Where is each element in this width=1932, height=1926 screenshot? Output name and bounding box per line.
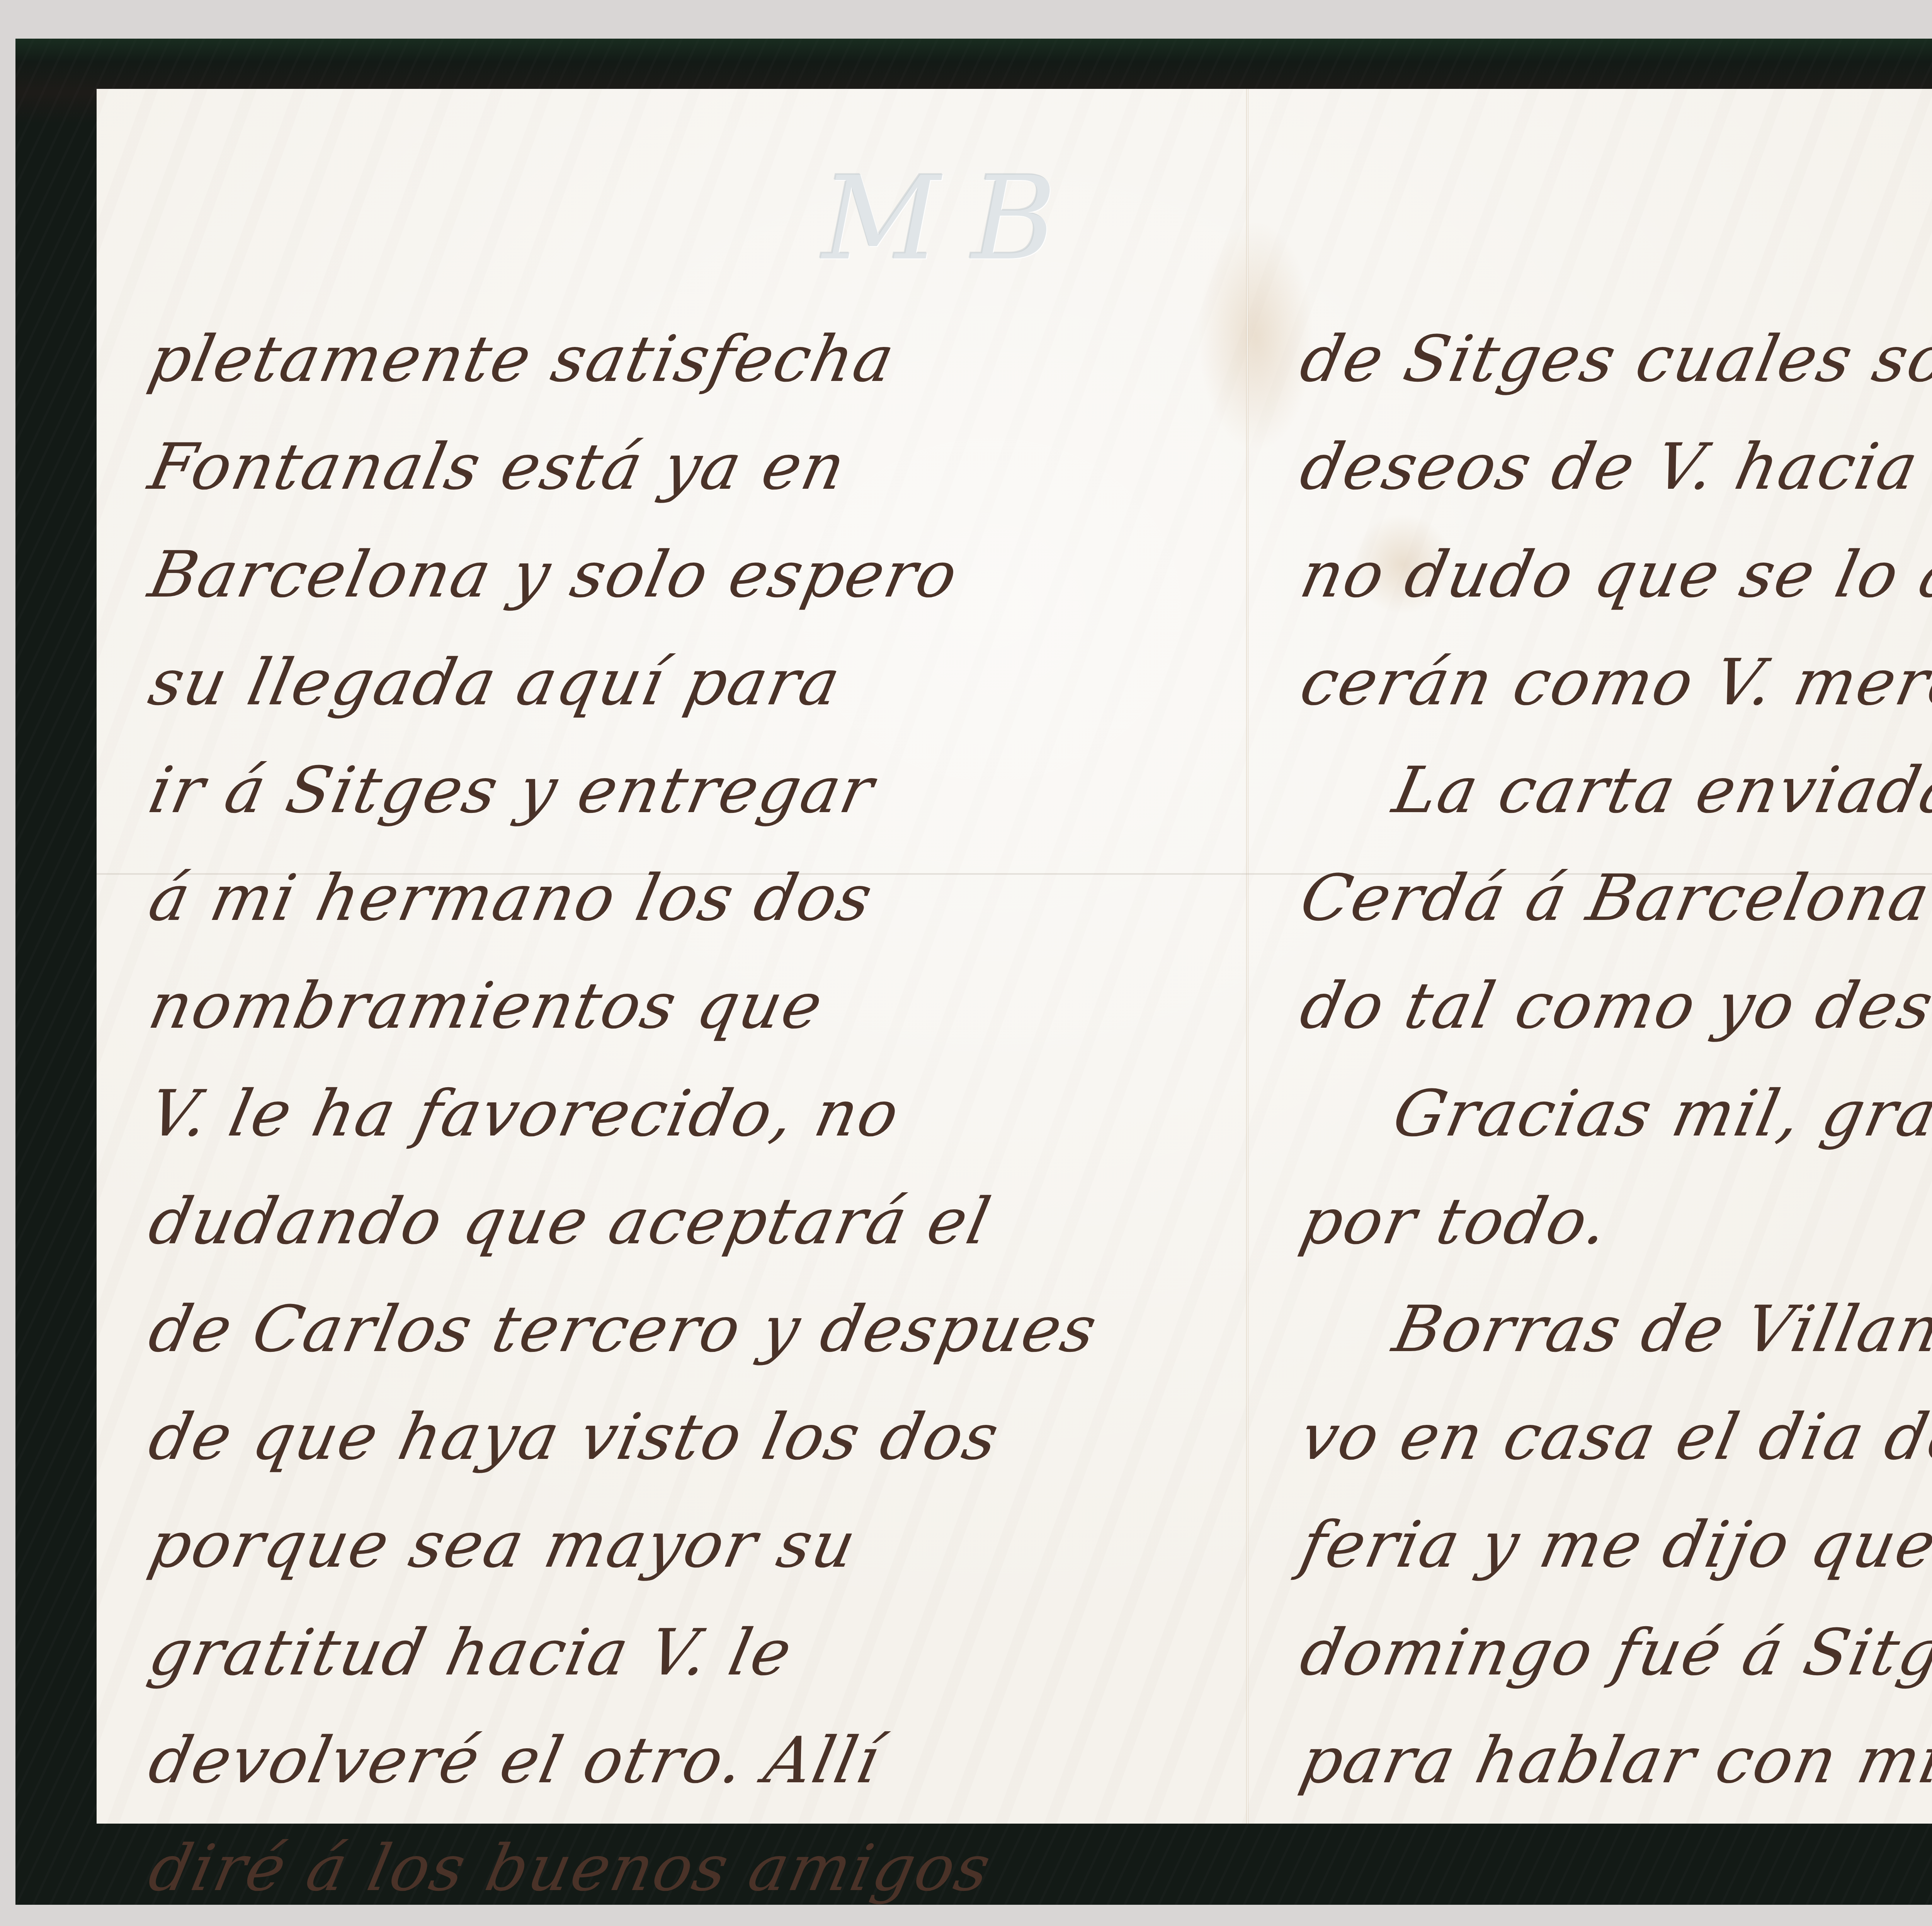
embossed-monogram: M B [831, 153, 1047, 284]
handwritten-line: de Carlos tercero y despues [139, 1275, 1205, 1383]
handwritten-line: Borras de Villanueva estu- [1291, 1275, 1932, 1383]
handwritten-line: domingo fué á Sitges [1291, 1599, 1932, 1707]
handwritten-line: pletamente satisfecha [139, 305, 1205, 413]
handwritten-line: cerán como V. merece. [1291, 629, 1932, 736]
handwritten-line: nombramientos que [139, 952, 1205, 1060]
handwritten-line: Gracias mil, gracias [1291, 1060, 1932, 1168]
right-page: de Sitges cuales son los deseos de V. ha… [1291, 305, 1932, 1812]
handwritten-line: feria y me dijo que el [1291, 1491, 1932, 1599]
handwritten-line: para hablar con mi her- [1291, 1707, 1932, 1814]
center-fold [1246, 89, 1248, 1824]
left-page: pletamente satisfecha Fontanals está ya … [139, 305, 1182, 1812]
handwritten-line: dudando que aceptará el [139, 1168, 1205, 1275]
handwritten-line: Cerdá á Barcelona ha si- [1291, 844, 1932, 952]
handwritten-line: á mi hermano los dos [139, 844, 1205, 952]
handwritten-line: V. le ha favorecido, no [139, 1060, 1205, 1168]
handwritten-line: su llegada aquí para [139, 629, 1205, 736]
handwritten-line: deseos de V. hacia ellos y [1291, 413, 1932, 521]
handwritten-line: ir á Sitges y entregar [139, 736, 1205, 844]
handwritten-line: do tal como yo deseaba. [1291, 952, 1932, 1060]
monogram-letter: B [971, 151, 1056, 286]
handwritten-line: Fontanals está ya en [139, 413, 1205, 521]
handwritten-line: por todo. [1291, 1168, 1932, 1275]
handwritten-line: porque sea mayor su [139, 1491, 1205, 1599]
letter-paper: M B pletamente satisfecha Fontanals está… [97, 89, 1932, 1824]
handwritten-line: de que haya visto los dos [139, 1383, 1205, 1491]
handwritten-line: gratitud hacia V. le [139, 1599, 1205, 1707]
handwritten-line: Barcelona y solo espero [139, 521, 1205, 629]
handwritten-line: devolveré el otro. Allí [139, 1707, 1205, 1814]
handwritten-line: vo en casa el dia de la [1291, 1383, 1932, 1491]
handwritten-line: diré á los buenos amigos [139, 1814, 1205, 1922]
handwritten-line: La carta enviada para [1291, 736, 1932, 844]
handwritten-line: no dudo que se lo agrade- [1291, 521, 1932, 629]
monogram-letter: M [821, 151, 940, 286]
handwritten-line: de Sitges cuales son los [1291, 305, 1932, 413]
